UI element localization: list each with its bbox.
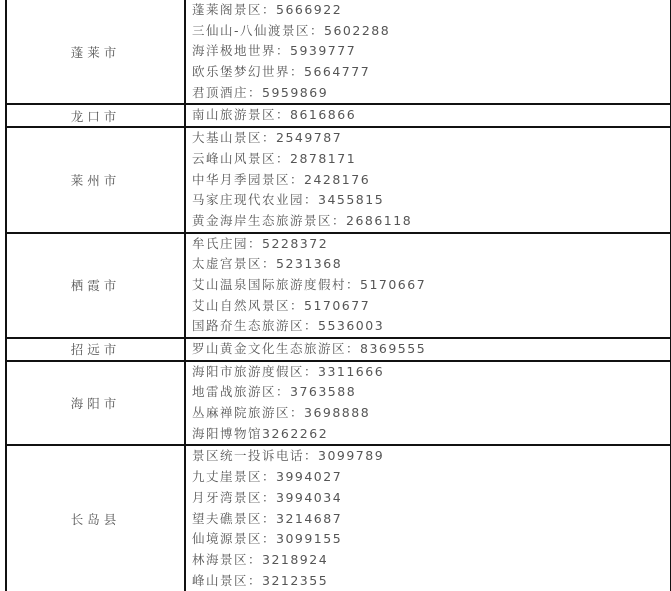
spot-line: 艾山温泉国际旅游度假村：5170667 [192, 275, 670, 296]
spot-line: 林海景区：3218924 [192, 550, 670, 571]
spot-line: 地雷战旅游区：3763588 [192, 382, 670, 403]
table-row: 招远市 罗山黄金文化生态旅游区：8369555 [6, 338, 671, 361]
city-cell: 招远市 [6, 338, 185, 361]
spot-line: 君顶酒庄：5959869 [192, 83, 670, 104]
spot-line: 大基山景区：2549787 [192, 128, 670, 149]
table-row: 海阳市 海阳市旅游度假区：3311666 地雷战旅游区：3763588 丛麻禅院… [6, 361, 671, 446]
table-row: 龙口市 南山旅游景区：8616866 [6, 104, 671, 127]
spots-cell: 罗山黄金文化生态旅游区：8369555 [185, 338, 671, 361]
spot-line: 黄金海岸生态旅游景区：2686118 [192, 211, 670, 232]
spots-cell: 蓬莱阁景区：5666922 三仙山-八仙渡景区：5602288 海洋极地世界：5… [185, 0, 671, 104]
city-cell: 长岛县 [6, 445, 185, 591]
spots-cell: 牟氏庄园：5228372 太虚宫景区：5231368 艾山温泉国际旅游度假村：5… [185, 233, 671, 338]
city-cell: 蓬莱市 [6, 0, 185, 104]
city-cell: 莱州市 [6, 127, 185, 232]
spot-line: 南山旅游景区：8616866 [192, 105, 670, 126]
spot-line: 峰山景区：3212355 [192, 571, 670, 591]
spot-line: 海阳博物馆3262262 [192, 424, 670, 445]
spot-line: 中华月季园景区：2428176 [192, 170, 670, 191]
spot-line: 马家庄现代农业园：3455815 [192, 190, 670, 211]
spot-line: 丛麻禅院旅游区：3698888 [192, 403, 670, 424]
scenic-spots-contact-table: 蓬莱市 蓬莱阁景区：5666922 三仙山-八仙渡景区：5602288 海洋极地… [5, 0, 671, 591]
spot-line: 仙境源景区：3099155 [192, 529, 670, 550]
spot-line: 海洋极地世界：5939777 [192, 41, 670, 62]
spot-line: 海阳市旅游度假区：3311666 [192, 362, 670, 383]
spot-line: 景区统一投诉电话：3099789 [192, 446, 670, 467]
spot-line: 九丈崖景区：3994027 [192, 467, 670, 488]
spots-cell: 海阳市旅游度假区：3311666 地雷战旅游区：3763588 丛麻禅院旅游区：… [185, 361, 671, 446]
spot-line: 牟氏庄园：5228372 [192, 234, 670, 255]
spot-line: 云峰山风景区：2878171 [192, 149, 670, 170]
spot-line: 三仙山-八仙渡景区：5602288 [192, 21, 670, 42]
spot-line: 太虚宫景区：5231368 [192, 254, 670, 275]
spots-cell: 大基山景区：2549787 云峰山风景区：2878171 中华月季园景区：242… [185, 127, 671, 232]
city-cell: 栖霞市 [6, 233, 185, 338]
table-row: 蓬莱市 蓬莱阁景区：5666922 三仙山-八仙渡景区：5602288 海洋极地… [6, 0, 671, 104]
table-row: 栖霞市 牟氏庄园：5228372 太虚宫景区：5231368 艾山温泉国际旅游度… [6, 233, 671, 338]
scenic-spots-table-container: 蓬莱市 蓬莱阁景区：5666922 三仙山-八仙渡景区：5602288 海洋极地… [5, 0, 670, 591]
spots-cell: 南山旅游景区：8616866 [185, 104, 671, 127]
table-row: 莱州市 大基山景区：2549787 云峰山风景区：2878171 中华月季园景区… [6, 127, 671, 232]
city-cell: 海阳市 [6, 361, 185, 446]
spot-line: 蓬莱阁景区：5666922 [192, 0, 670, 21]
spot-line: 望夫礁景区：3214687 [192, 509, 670, 530]
spots-cell: 景区统一投诉电话：3099789 九丈崖景区：3994027 月牙湾景区：399… [185, 445, 671, 591]
spot-line: 罗山黄金文化生态旅游区：8369555 [192, 339, 670, 360]
spot-line: 艾山自然风景区：5170677 [192, 296, 670, 317]
spot-line: 欧乐堡梦幻世界：5664777 [192, 62, 670, 83]
spot-line: 月牙湾景区：3994034 [192, 488, 670, 509]
table-row: 长岛县 景区统一投诉电话：3099789 九丈崖景区：3994027 月牙湾景区… [6, 445, 671, 591]
spot-line: 国路夼生态旅游区：5536003 [192, 316, 670, 337]
city-cell: 龙口市 [6, 104, 185, 127]
